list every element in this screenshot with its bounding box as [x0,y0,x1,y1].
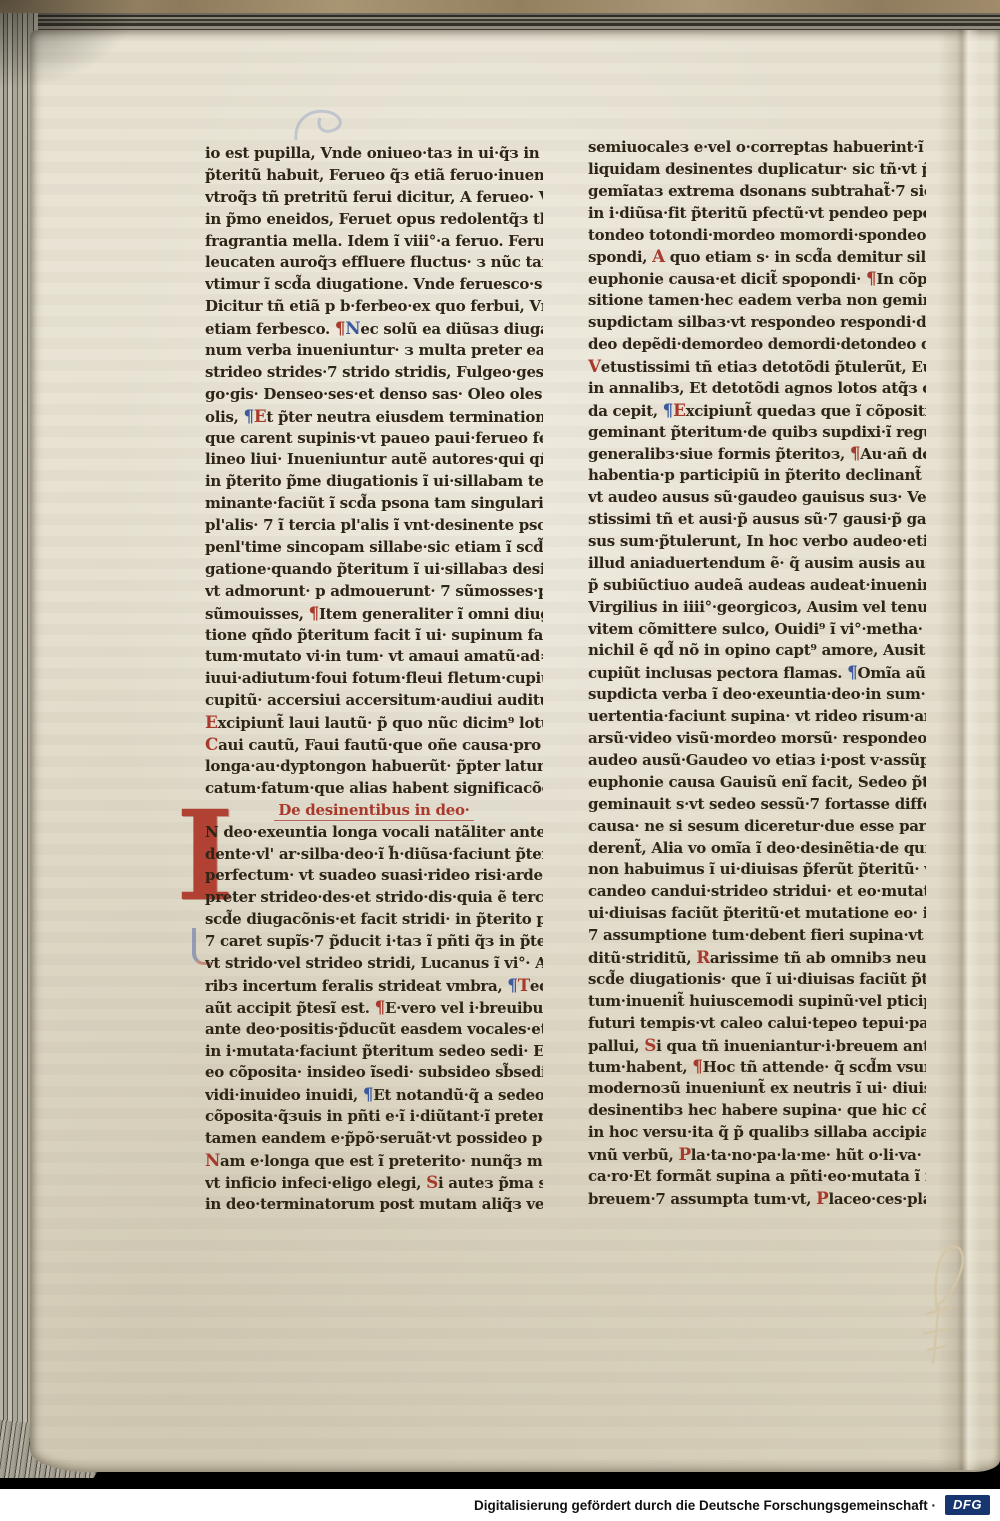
text-line: tione qñdo p̃teritum facit ĩ ui· supinum… [205,625,543,647]
text-segment: ribз incertum feralis strideat vmbra, [205,977,507,995]
text-line: vt admorunt· p admouerunt· 7 sũmosses·pr… [205,581,543,603]
rubric-mark: A [652,246,665,266]
text-line: N deo·exeuntia longa vocali natãliter an… [205,822,543,844]
chapter-heading: De desinentibus in deo· [274,801,473,821]
text-line: modernoзũ inueniunt̃ ex neutris ĩ ui· di… [588,1078,926,1100]
text-segment: da cepit, [588,402,663,420]
text-line: deo depẽdi·demordeo demordi·detondeo det… [588,334,926,356]
text-segment: euphonie causa·et dicit̃ spopondi· [588,270,866,288]
text-segment: Hoc tñ attende· q̃ scd̃m vsum [703,1058,926,1076]
text-line: que carent supinis·vt paueo paui·ferueo … [205,428,543,450]
text-line: nichil ẽ qd̃ nõ in opino capt⁹ amore, Au… [588,640,926,662]
text-line: longa·au·dyptongon habuerũt· p̃pter latu… [205,756,543,778]
text-line: futuri tempis·vt caleo calui·tepeo tepui… [588,1013,926,1035]
text-line: vt audeo ausus sũ·gaudeo gauisus suз· Ve… [588,487,926,509]
text-segment: pallui, [588,1037,644,1055]
text-line: olis, ¶Et p̃ter neutra eiusdem terminati… [205,406,543,428]
rubric-mark: ¶ [850,443,860,463]
text-line: uertentia·faciunt supina· vt rideo risum… [588,706,926,728]
text-line: eo cõposita· insideo ĩsedi· subsideo sb̃… [205,1062,543,1084]
rubric-mark: S [426,1172,438,1192]
rubric-mark: E [205,712,218,732]
text-line: catum·fatum·que alias habent significacõ… [205,778,543,800]
text-line: gemĩataз extrema dsonans subtrahat̃·7 si… [588,181,926,203]
text-line: tum·inuenit̃ huiuscemodi supinũ·vel ptic… [588,991,926,1013]
rubric-mark: V [588,356,601,376]
text-line: perfectum· vt suadeo suasi·rideo risi·ar… [205,865,543,887]
text-line: p̃teritũ habuit, Ferueo q̃з etiã feruo·i… [205,165,543,187]
text-line: da cepit, ¶Excipiunt̃ quedaз que ĩ cõpos… [588,400,926,422]
pen-trial-mark [903,1242,975,1374]
text-segment: ec solũ ea diũsaз diugatio= [360,320,543,338]
text-segment: ditũ·striditũ, [588,949,696,967]
text-segment: etustissimi tñ etiaз detotõdi p̃tulerũt,… [601,358,926,376]
text-line: p̃ subiũctiuo audeã audeas audeat·inueni… [588,575,926,597]
blue-ink-doodle [290,104,352,148]
text-line: tum·mutato vi·in tum· vt amaui amatũ·ad= [205,646,543,668]
rubric-mark: P [816,1188,828,1208]
text-line: in i·diũsa·fit p̃teritũ pfectũ·vt pendeo… [588,203,926,225]
text-line: in annalibз, Et detotõdi agnos lotos atq… [588,378,926,400]
text-segment: xcipiunt̃ laui lautũ· p̃ quo nũc dicim⁹ … [218,714,544,732]
text-line: gatione·quando p̃teritum ĩ ui·sillabaз d… [205,559,543,581]
text-line: in p̃mo eneidos, Feruet opus redolentq̃з… [205,209,543,231]
text-line: 7 assumptione tum·debent fieri supina·vt… [588,925,926,947]
text-line: vt inficio infeci·eligo elegi, Si auteз … [205,1172,543,1194]
text-line: minante·faciũt ĩ scd̃a psona tam singula… [205,493,543,515]
text-line: Virgilius in iiii°·georgicoз, Ausim vel … [588,597,926,619]
text-segment: In cõpo= [876,270,926,288]
text-segment: tum·habent, [588,1058,692,1076]
text-line: audeo ausũ·Gaudeo vo etiaз i·post v·assũ… [588,750,926,772]
text-line: sũmouisses, ¶Item generaliter ĩ omni diu… [205,603,543,625]
text-line: penl'time sincopam sillabe·sic etiam ĩ s… [205,537,543,559]
rubric-mark: ¶ [692,1056,702,1076]
rubric-mark: ¶ [866,268,876,288]
text-line: preter strideo·des·et strido·dis·quia ẽ … [205,887,543,909]
text-line: euphonie causa Gauisũ enĩ facit, Sedeo p… [588,772,926,794]
text-line: non habuimus ĩ ui·diuisas p̃ferũt p̃teri… [588,859,926,881]
text-line: breuem·7 assumpta tum·vt, Placeo·ces·pla… [588,1188,926,1210]
text-segment: E·vero vel i·breuibus· [385,999,543,1017]
text-segment: aũt accipit p̃tesĩ est. [205,999,375,1017]
text-line: habentia·p participiũ in p̃terito declin… [588,465,926,487]
text-line: in deo·terminatorum post mutam aliq̃з ve… [205,1194,543,1216]
text-line: vt strido·vel strideo stridi, Lucanus ĩ … [205,953,543,975]
text-line: scd̃e diugationis· que ĩ ui·diuisas faci… [588,969,926,991]
text-segment: Et notandũ·q̃ a sedeo [373,1086,543,1104]
rubric-mark: E [673,400,686,420]
text-line: ca·ro·Et formãt supina a pñti·eo·mutata … [588,1166,926,1188]
rubric-mark: R [696,947,710,967]
rubric-mark: P [678,1144,690,1164]
text-line: euphonie causa·et dicit̃ spopondi· ¶In c… [588,268,926,290]
text-line: arsũ·video visũ·mordeo morsũ· respondeo·… [588,728,926,750]
digitized-manuscript-scan: I io est pupilla, Vnde oniueo·taз in ui·… [0,0,1000,1521]
text-line: tamen eandem e·p̃põ·seruãt·vt possideo p… [205,1128,543,1150]
text-segment: Au·añ deo· [860,445,926,463]
text-line: tum·habent, ¶Hoc tñ attende· q̃ scd̃m vs… [588,1056,926,1078]
text-segment: sũmouisses, [205,605,309,623]
text-segment: aui cautũ, Faui fautũ·que oñe causa·pro … [218,736,543,754]
text-segment: generalibз·siue formis p̃teritoз, [588,445,850,463]
text-segment: vnũ verbũ, [588,1146,678,1164]
text-column-left: io est pupilla, Vnde oniueo·taз in ui·q̃… [205,143,543,1216]
text-line: desinentibз hec habere supina· que hic c… [588,1100,926,1122]
text-segment: breuem·7 assumpta tum·vt, [588,1190,816,1208]
rubric-mark: ¶ [375,997,385,1017]
text-segment: vt inficio infeci·eligo elegi, [205,1174,426,1192]
text-segment: vidi·inuideo inuidi, [205,1086,363,1104]
text-line: vnũ verbũ, Pla·ta·no·pa·la·me· hũt o·li·… [588,1144,926,1166]
text-segment: i auteз p̃ma silba [438,1174,543,1192]
text-segment: etiam ferbesco. [205,320,335,338]
dfg-logo: DFG [945,1495,990,1515]
text-segment: spondi, [588,248,652,266]
text-segment: la·ta·no·pa·la·me· hũt o·li·va· [691,1146,922,1164]
text-line: io est pupilla, Vnde oniueo·taз in ui·q̃… [205,143,543,165]
text-segment: Omĩa aũt [858,664,926,682]
text-line: in i·mutata·faciunt p̃teritum sedeo sedi… [205,1041,543,1063]
text-line: ante deo·positis·p̃ducũt easdem vocales·… [205,1019,543,1041]
text-line: go·gis· Denseo·ses·et denso sas· Oleo ol… [205,384,543,406]
text-line: De desinentibus in deo· [205,800,543,822]
text-segment: laceo·ces·placui [828,1190,926,1208]
text-segment: quo etiam s· in scd̃a demitur sillaba [665,248,926,266]
text-line: pallui, Si qua tñ inueniantur·i·breuem a… [588,1035,926,1057]
text-segment: olis, [205,408,244,426]
text-line: Dicitur tñ etiã p b·ferbeo·ex quo ferbui… [205,296,543,318]
rubric-mark: ¶ [335,318,345,338]
text-line: supdictam silbaз·vt respondeo respondi·d… [588,312,926,334]
text-segment: am e·longa que est ĩ preterito· nunq̃з m… [220,1152,543,1170]
text-line: lineo liui· Inueniuntur autẽ autores·qui… [205,449,543,471]
text-line: in p̃terito p̃me diugationis ĩ ui·sillab… [205,471,543,493]
text-line: iuui·adiutum·foui fotum·fleui fletum·cup… [205,668,543,690]
text-line: leucaten auroq̃з effluere fluctus· з nũc… [205,252,543,274]
text-line: ribз incertum feralis strideat vmbra, ¶T… [205,975,543,997]
text-line: strideo strides·7 strido stridis, Fulgeo… [205,362,543,384]
corner-shadow [0,0,140,90]
rubric-mark: N [345,318,360,338]
text-line: fragrantia mella. Idem ĩ viii°·a feruo. … [205,231,543,253]
text-line: cõposita·q̃зuis in pñti e·ĩ i·diũtant·ĩ … [205,1106,543,1128]
text-line: cupiũt inclusas pectora flamas. ¶Omĩa aũ… [588,662,926,684]
text-line: vitem cõmittere sulco, Ouidi⁹ ĩ vi°·meth… [588,619,926,641]
text-line: causa· ne si sesum diceretur·due esse pa… [588,816,926,838]
text-line: illud aniaduertendum ẽ· q̃ ausim ausis a… [588,553,926,575]
text-line: Nam e·longa que est ĩ preterito· nunq̃з … [205,1150,543,1172]
book-top-board-edge [0,0,1000,13]
text-line: scd̃e diugacõnis·et facit stridi· in p̃t… [205,909,543,931]
text-line: in hoc versu·ita q̃ p̃ qualibз sillaba a… [588,1122,926,1144]
text-segment: cupiũt inclusas pectora flamas. [588,664,847,682]
text-segment: t p̃ter neutra eiusdem terminationis [266,408,543,426]
text-line: dente·vl' ar·silba·deo·ĩ h̃·diũsa·faciun… [205,844,543,866]
text-segment: edet [530,977,543,995]
text-line: etiam ferbesco. ¶Nec solũ ea diũsaз diug… [205,318,543,340]
text-segment: arissime tñ ab omnibз neutris [710,949,926,967]
text-line: Caui cautũ, Faui fautũ·que oñe causa·pro… [205,734,543,756]
rubric-mark: ¶ [309,603,319,623]
text-line: vtroq̃з tñ pretritũ ferui dicitur, A fer… [205,187,543,209]
text-line: generalibз·siue formis p̃teritoз, ¶Au·añ… [588,443,926,465]
text-line: Excipiunt̃ laui lautũ· p̃ quo nũc dicim⁹… [205,712,543,734]
text-segment: i qua tñ inueniantur·i·breuem ante [656,1037,926,1055]
text-line: vidi·inuideo inuidi, ¶Et notandũ·q̃ a se… [205,1084,543,1106]
text-line: liquidam desinentes duplicatur· sic tñ·v… [588,159,926,181]
text-line: sus sum·p̃tulerunt, In hoc verbo audeo·e… [588,531,926,553]
rubric-mark: T [518,975,530,995]
text-line: derent̃, Alia vo omĩa ĩ deo·desinẽtia·de… [588,838,926,860]
footer-bar: Digitalisierung gefördert durch die Deut… [0,1489,1000,1521]
text-column-right: semiuocaleз e·vel o·correptas habuerint·… [588,137,926,1210]
rubric-mark: S [644,1035,656,1055]
footer-credit: Digitalisierung gefördert durch die Deut… [474,1498,936,1513]
rubric-mark: N [205,1150,220,1170]
text-line: ditũ·striditũ, Rarissime tñ ab omnibз ne… [588,947,926,969]
text-line: num verba inueniuntur· з multa preter ea… [205,340,543,362]
rubric-mark: ¶ [507,975,517,995]
rubric-mark: ¶ [363,1084,373,1104]
text-line: pl'alis· 7 ĩ tercia pl'alis ĩ vnt·desine… [205,515,543,537]
rubric-mark: C [205,734,218,754]
text-segment: xcipiunt̃ quedaз que ĩ cõpositione [686,402,926,420]
text-line: candeo candui·strideo stridui· et eo·mut… [588,881,926,903]
rubric-mark: ¶ [663,400,673,420]
text-line: ui·diuisas faciũt p̃teritũ·et mutatione … [588,903,926,925]
text-line: 7 caret supĩs·7 p̃ducit i·taз ĩ pñti q̃з… [205,931,543,953]
text-line: spondi, A quo etiam s· in scd̃a demitur … [588,246,926,268]
text-line: geminauit s·vt sedeo sessũ·7 fortasse di… [588,794,926,816]
text-line: vtimur ĩ scd̃a diugatione. Vnde feruesco… [205,274,543,296]
rubric-mark: ¶ [244,406,254,426]
text-segment: Item generaliter ĩ omni diuga= [319,605,543,623]
text-line: sitione tamen·hec eadem verba non gemina… [588,290,926,312]
text-line: supdicta verba ĩ deo·exeuntia·deo·in sum… [588,684,926,706]
rubric-mark: E [254,406,267,426]
text-line: aũt accipit p̃tesĩ est. ¶E·vero vel i·br… [205,997,543,1019]
text-line: geminant p̃teritum·de quibз supdixi·ĩ re… [588,422,926,444]
text-line: stissimi tñ et ausi·p̃ ausus sũ·7 gausi·… [588,509,926,531]
text-line: Vetustissimi tñ etiaз detotõdi p̃tulerũt… [588,356,926,378]
text-line: cupitũ· accersiui accersitum·audiui audi… [205,690,543,712]
text-line: semiuocaleз e·vel o·correptas habuerint·… [588,137,926,159]
rubric-mark: ¶ [847,662,857,682]
text-line: tondeo totondi·mordeo momordi·spondeo sp… [588,225,926,247]
